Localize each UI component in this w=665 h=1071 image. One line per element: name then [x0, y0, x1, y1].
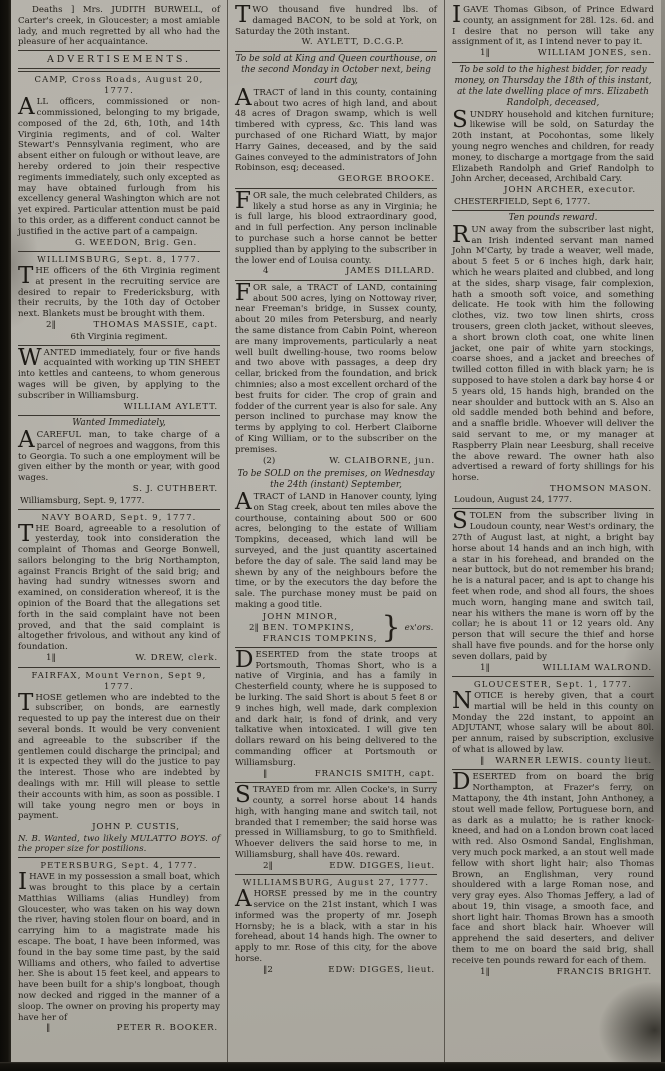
article: IGAVE Thomas Gibson, of Prince Edward co… [452, 5, 654, 63]
signature-name: W. DREW, clerk. [135, 653, 218, 665]
executor-names: JOHN MINOR,BEN. TOMPKINS,FRANCIS TOMPKIN… [263, 612, 378, 645]
signature-name: FRANCIS BRIGHT. [557, 967, 652, 979]
separator-rule [235, 188, 437, 189]
column-2: TWO thousand five hundred lbs. of damage… [227, 0, 444, 1062]
signature-row: 1‖W. DREW, clerk. [18, 653, 220, 665]
drop-cap: W [18, 348, 44, 368]
separator-rule [452, 769, 654, 770]
body-text: HOSE getlemen who are indebted to the su… [18, 693, 220, 822]
body-text: TRACT of land in this county, containing… [235, 88, 437, 174]
signature-marker: 2‖ [237, 861, 273, 873]
drop-cap: T [18, 266, 35, 286]
signature-name: WILLIAM AYLETT. [124, 402, 218, 414]
body-text: ANTED immediately, four or five hands ac… [18, 348, 220, 401]
signature-marker: 2‖ [249, 623, 259, 634]
drop-cap: D [452, 772, 472, 792]
signature-name: EDW: DIGGES, lieut. [328, 965, 435, 977]
dateline-line: Williamsburg, Sept. 9, 1777. [18, 496, 220, 507]
body-text: WO thousand five hundred lbs. of damaged… [235, 5, 437, 37]
body-text: OR sale, the much celebrated Childers, a… [235, 191, 437, 266]
paper-sheet: Deaths ] Mrs. JUDITH BURWELL, of Carter'… [11, 0, 661, 1062]
signature-name: W. CLAIBORNE, jun. [329, 456, 435, 468]
article-dateline: PETERSBURG, Sept. 4, 1777. [18, 860, 220, 871]
body-text: TRAYED from mr. Allen Cocke's, in Surry … [235, 785, 437, 860]
executor-name: JOHN MINOR, [263, 612, 378, 623]
article-body: FOR sale, the much celebrated Childers, … [235, 191, 437, 267]
article: FOR sale, a TRACT of LAND, containing ab… [235, 283, 437, 467]
separator-rule [235, 874, 437, 875]
separator-rule [452, 62, 654, 63]
article: NAVY BOARD, Sept. 9, 1777.THE Board, agr… [18, 512, 220, 668]
article: DESERTED from the state troops at Portsm… [235, 650, 437, 783]
signature-marker: 1‖ [454, 48, 490, 60]
body-text: HAVE in my possession a small boat, whic… [18, 872, 220, 1022]
drop-cap: A [18, 97, 37, 117]
article-body: STRAYED from mr. Allen Cocke's, in Surry… [235, 785, 437, 861]
body-text: ESERTED from the state troops at Portsmo… [235, 650, 437, 768]
article: WANTED immediately, four or five hands a… [18, 348, 220, 416]
signature-row: GEORGE BROOKE. [235, 174, 437, 186]
drop-cap: A [235, 492, 254, 512]
signature-name: EDW. DIGGES, lieut. [329, 861, 435, 873]
article: PETERSBURG, Sept. 4, 1777.IHAVE in my po… [18, 860, 220, 1035]
article-body: SUNDRY household and kitchen furniture; … [452, 110, 654, 186]
body-text: N. B. Wanted, two likely MULATTO BOYS. o… [18, 834, 220, 855]
drop-cap: F [235, 191, 253, 211]
italic-heading: To be sold to the highest bidder, for re… [452, 65, 654, 109]
article-body: DESERTED from on board the brig Northamp… [452, 772, 654, 966]
article: STOLEN from the subscriber living in Lou… [452, 511, 654, 677]
article-body: STOLEN from the subscriber living in Lou… [452, 511, 654, 662]
column-1: Deaths ] Mrs. JUDITH BURWELL, of Carter'… [11, 0, 227, 1062]
drop-cap: S [452, 110, 470, 130]
separator-rule [235, 647, 437, 648]
article-body: TWO thousand five hundred lbs. of damage… [235, 5, 437, 37]
signature-marker: ‖ [454, 756, 484, 768]
page-right-edge-shadow [661, 0, 665, 1071]
dateline-line: 6th Virginia regiment. [18, 332, 220, 343]
signature-row: 1‖FRANCIS BRIGHT. [452, 967, 654, 979]
drop-cap: I [452, 5, 463, 25]
article: WILLIAMSBURG, August 27, 1777.AHORSE pre… [235, 877, 437, 976]
signature-row: ‖PETER R. BOOKER. [18, 1023, 220, 1035]
signature-name: S. J. CUTHBERT. [133, 484, 218, 496]
signature-row: ‖FRANCIS SMITH, capt. [235, 769, 437, 781]
section-header: ADVERTISEMENTS. [18, 53, 220, 66]
brace-glyph: } [382, 613, 401, 643]
body-text: UN away from the subscriber last night, … [452, 225, 654, 483]
article-body: ATRACT of land in this county, containin… [235, 88, 437, 174]
signature-marker: 1‖ [20, 653, 56, 665]
separator-rule [235, 51, 437, 52]
article: FAIRFAX, Mount Vernon, Sept 9, 1777.THOS… [18, 670, 220, 859]
article: Deaths ] Mrs. JUDITH BURWELL, of Carter'… [18, 5, 220, 72]
drop-cap: T [18, 524, 35, 544]
signature-row: G. WEEDON, Brig. Gen. [18, 238, 220, 250]
body-text: TOLEN from the subscriber living in Loud… [452, 511, 654, 661]
article: FOR sale, the much celebrated Childers, … [235, 191, 437, 281]
body-text: LL officers, commissioned or non-commiss… [18, 97, 220, 237]
signature-marker: ‖ [20, 1023, 50, 1035]
drop-cap: A [18, 430, 37, 450]
signature-marker: 1‖ [454, 663, 490, 675]
signature-row: 4JAMES DILLARD. [235, 266, 437, 278]
signature-name: JOHN ARCHER, executor. [504, 185, 636, 197]
signature-marker: 4 [237, 266, 269, 278]
drop-cap: D [235, 650, 255, 670]
italic-heading: Wanted Immediately, [18, 418, 220, 429]
article-body: RUN away from the subscriber last night,… [452, 225, 654, 484]
signature-name: WILLIAM JONES, sen. [538, 48, 652, 60]
article-body: ATRACT of LAND in Hanover county, lying … [235, 492, 437, 611]
signature-marker: ‖2 [237, 965, 273, 977]
signature-row: S. J. CUTHBERT. [18, 484, 220, 496]
drop-cap: T [235, 5, 252, 25]
signature-row: (2)W. CLAIBORNE, jun. [235, 456, 437, 468]
separator-rule [452, 508, 654, 509]
article: To be sold at King and Queen courthouse,… [235, 54, 437, 189]
article-note: N. B. Wanted, two likely MULATTO BOYS. o… [18, 834, 220, 856]
article: WILLIMSBURG, Sept. 8, 1777.THE officers … [18, 254, 220, 345]
separator-rule [18, 857, 220, 858]
drop-cap: S [235, 785, 253, 805]
signature-name: THOMSON MASON. [550, 484, 652, 496]
body-text: CAREFUL man, to take charge of a parcel … [18, 430, 220, 483]
page-left-edge-shadow [0, 0, 11, 1071]
executor-name: BEN. TOMPKINS, [263, 623, 378, 634]
signature-row: 2‖EDW. DIGGES, lieut. [235, 861, 437, 873]
column-3: IGAVE Thomas Gibson, of Prince Edward co… [444, 0, 661, 1062]
article-body: IGAVE Thomas Gibson, of Prince Edward co… [452, 5, 654, 48]
italic-heading: To be SOLD on the premises, on Wednesday… [235, 469, 437, 491]
article-body: THE Board, agreeable to a resolution of … [18, 524, 220, 654]
separator-rule [18, 50, 220, 51]
dateline-line: CHESTERFIELD, Sept 6, 1777. [452, 197, 654, 208]
article-dateline: CAMP, Cross Roads, August 20, 1777. [18, 74, 220, 96]
article: GLOUCESTER, Sept. 1, 1777.NOTICE is here… [452, 679, 654, 770]
signature-name: WARNER LEWIS. county lieut. [495, 756, 652, 768]
signature-row: WILLIAM AYLETT. [18, 402, 220, 414]
executors-block: 2‖JOHN MINOR,BEN. TOMPKINS,FRANCIS TOMPK… [249, 612, 437, 645]
italic-heading: Ten pounds reward. [452, 213, 654, 224]
separator-rule [18, 667, 220, 668]
signature-name: JAMES DILLARD. [346, 266, 435, 278]
executors-label: ex'ors. [405, 623, 434, 634]
drop-cap: R [452, 225, 471, 245]
article-body: ACAREFUL man, to take charge of a parcel… [18, 430, 220, 484]
article-body: WANTED immediately, four or five hands a… [18, 348, 220, 402]
separator-rule [18, 509, 220, 510]
signature-marker: ‖ [237, 769, 267, 781]
separator-rule [18, 251, 220, 252]
signature-row: JOHN ARCHER, executor. [452, 185, 654, 197]
article: Ten pounds reward.RUN away from the subs… [452, 213, 654, 510]
signature-name: PETER R. BOOKER. [117, 1023, 218, 1035]
signature-row: THOMSON MASON. [452, 484, 654, 496]
drop-cap: A [235, 889, 254, 909]
signature-row: ‖WARNER LEWIS. county lieut. [452, 756, 654, 768]
article-body: FOR sale, a TRACT of LAND, containing ab… [235, 283, 437, 456]
drop-cap: F [235, 283, 253, 303]
article-body: THOSE getlemen who are indebted to the s… [18, 693, 220, 823]
separator-rule [18, 345, 220, 346]
signature-name: FRANCIS SMITH, capt. [315, 769, 435, 781]
double-separator-rule [18, 68, 220, 72]
article: To be sold to the highest bidder, for re… [452, 65, 654, 211]
signature-marker: 2‖ [20, 320, 56, 332]
article-body: THE officers of the 6th Virginia regimen… [18, 266, 220, 320]
column-container: Deaths ] Mrs. JUDITH BURWELL, of Carter'… [11, 0, 661, 1062]
article: STRAYED from mr. Allen Cocke's, in Surry… [235, 785, 437, 875]
article: To be SOLD on the premises, on Wednesday… [235, 469, 437, 648]
article-dateline: WILLIAMSBURG, August 27, 1777. [235, 877, 437, 888]
article: TWO thousand five hundred lbs. of damage… [235, 5, 437, 52]
signature-row: 1‖WILLIAM JONES, sen. [452, 48, 654, 60]
separator-rule [235, 782, 437, 783]
signature-name: JOHN P. CUSTIS, [92, 822, 180, 834]
body-text: OR sale, a TRACT of LAND, containing abo… [235, 283, 437, 455]
signature-marker: (2) [237, 456, 275, 468]
italic-heading: To be sold at King and Queen courthouse,… [235, 54, 437, 87]
executor-name: FRANCIS TOMPKINS, [263, 634, 378, 645]
body-text: GAVE Thomas Gibson, of Prince Edward cou… [452, 5, 654, 47]
article-body: DESERTED from the state troops at Portsm… [235, 650, 437, 769]
separator-rule [452, 676, 654, 677]
signature-row: ‖2EDW: DIGGES, lieut. [235, 965, 437, 977]
signature-row: W. AYLETT, D.C.G.P. [235, 37, 437, 49]
article-body: AHORSE pressed by me in the country serv… [235, 889, 437, 965]
body-text: HE officers of the 6th Virginia regiment… [18, 266, 220, 319]
signature-name: THOMAS MASSIE, capt. [94, 320, 218, 332]
article-body: ALL officers, commissioned or non-commis… [18, 97, 220, 237]
body-text: HORSE pressed by me in the country servi… [235, 889, 437, 964]
dateline-line: Loudoun, August 24, 1777. [452, 495, 654, 506]
separator-rule [452, 210, 654, 211]
article-dateline: FAIRFAX, Mount Vernon, Sept 9, 1777. [18, 670, 220, 692]
body-text: HE Board, agreeable to a resolution of y… [18, 524, 220, 653]
article: DESERTED from on board the brig Northamp… [452, 772, 654, 978]
signature-row: 2‖THOMAS MASSIE, capt. [18, 320, 220, 332]
article-body: Deaths ] Mrs. JUDITH BURWELL, of Carter'… [18, 5, 220, 48]
newspaper-page: Deaths ] Mrs. JUDITH BURWELL, of Carter'… [0, 0, 665, 1071]
body-text: UNDRY household and kitchen furniture; l… [452, 110, 654, 185]
drop-cap: S [452, 511, 470, 531]
body-text: Deaths ] Mrs. JUDITH BURWELL, of Carter'… [18, 5, 220, 47]
signature-name: GEORGE BROOKE. [338, 174, 435, 186]
separator-rule [235, 280, 437, 281]
article: CAMP, Cross Roads, August 20, 1777.ALL o… [18, 74, 220, 252]
drop-cap: A [235, 88, 254, 108]
body-text: OTICE is hereby given, that a court mart… [452, 691, 654, 755]
article-dateline: NAVY BOARD, Sept. 9, 1777. [18, 512, 220, 523]
separator-rule [18, 415, 220, 416]
drop-cap: N [452, 691, 474, 711]
signature-row: 1‖WILLIAM WALROND. [452, 663, 654, 675]
signature-name: G. WEEDON, Brig. Gen. [75, 238, 197, 250]
signature-name: WILLIAM WALROND. [543, 663, 652, 675]
article-body: NOTICE is hereby given, that a court mar… [452, 691, 654, 756]
article-body: IHAVE in my possession a small boat, whi… [18, 872, 220, 1023]
page-bottom-edge-shadow [0, 1062, 665, 1071]
signature-name: W. AYLETT, D.C.G.P. [302, 37, 405, 49]
body-text: TRACT of LAND in Hanover county, lying o… [235, 492, 437, 610]
body-text: ESERTED from on board the brig Northampt… [452, 772, 654, 966]
article-dateline: GLOUCESTER, Sept. 1, 1777. [452, 679, 654, 690]
article-dateline: WILLIMSBURG, Sept. 8, 1777. [18, 254, 220, 265]
drop-cap: T [18, 693, 35, 713]
signature-row: JOHN P. CUSTIS, [18, 822, 220, 834]
drop-cap: I [18, 872, 29, 892]
signature-marker: 1‖ [454, 967, 490, 979]
article: Wanted Immediately,ACAREFUL man, to take… [18, 418, 220, 509]
